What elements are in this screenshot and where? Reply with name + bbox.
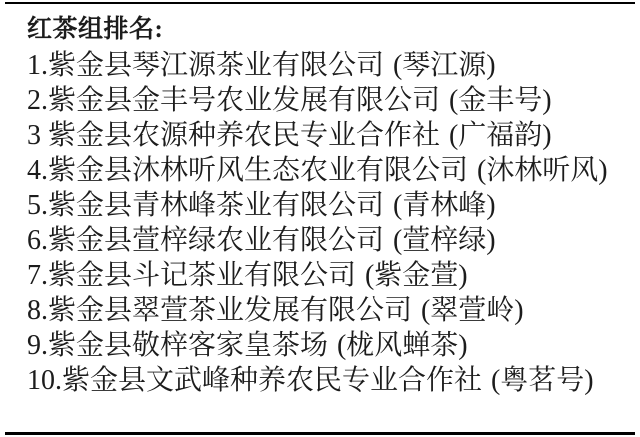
company-name: 紫金县农源种养农民专业合作社 [48,120,440,151]
ranking-row: 10.紫金县文武峰种养农民专业合作社(粤茗号) [27,363,634,398]
ranking-row: 2.紫金县金丰号农业发展有限公司(金丰号) [27,83,634,118]
ranking-row: 5.紫金县青林峰茶业有限公司(青林峰) [27,188,634,223]
rank-number: 8. [27,295,48,326]
rank-number: 9. [27,330,48,361]
ranking-row: 4.紫金县沐林听风生态农业有限公司(沐林听风) [27,153,634,188]
ranking-row: 1.紫金县琴江源茶业有限公司(琴江源) [27,48,634,83]
brand-name: (萱梓绿) [393,225,496,256]
brand-name: (翠萱岭) [421,295,524,326]
ranking-row: 3 紫金县农源种养农民专业合作社(广福韵) [27,118,634,153]
brand-name: (金丰号) [449,85,552,116]
bottom-divider [5,432,635,435]
ranking-list: 红茶组排名: 1.紫金县琴江源茶业有限公司(琴江源) 2.紫金县金丰号农业发展有… [27,11,634,398]
brand-name: (紫金萱) [365,260,468,291]
company-name: 紫金县萱梓绿农业有限公司 [48,225,384,256]
company-name: 紫金县沐林听风生态农业有限公司 [48,155,468,186]
ranking-row: 6.紫金县萱梓绿农业有限公司(萱梓绿) [27,223,634,258]
company-name: 紫金县翠萱茶业发展有限公司 [48,295,412,326]
company-name: 紫金县敬梓客家皇茶场 [48,330,328,361]
brand-name: (琴江源) [393,50,496,81]
document-page: 红茶组排名: 1.紫金县琴江源茶业有限公司(琴江源) 2.紫金县金丰号农业发展有… [0,0,640,437]
rank-number: 10. [27,365,62,396]
brand-name: (沐林听风) [477,155,608,186]
rank-number: 3 [27,120,48,151]
rank-number: 7. [27,260,48,291]
ranking-row: 8.紫金县翠萱茶业发展有限公司(翠萱岭) [27,293,634,328]
brand-name: (栊风蝉茶) [337,330,468,361]
company-name: 紫金县青林峰茶业有限公司 [48,190,384,221]
brand-name: (青林峰) [393,190,496,221]
rank-number: 1. [27,50,48,81]
ranking-row: 9.紫金县敬梓客家皇茶场(栊风蝉茶) [27,328,634,363]
company-name: 紫金县文武峰种养农民专业合作社 [62,365,482,396]
company-name: 紫金县琴江源茶业有限公司 [48,50,384,81]
page-title: 红茶组排名: [27,11,634,48]
brand-name: (广福韵) [449,120,552,151]
rank-number: 5. [27,190,48,221]
brand-name: (粤茗号) [491,365,594,396]
rank-number: 6. [27,225,48,256]
ranking-row: 7.紫金县斗记茶业有限公司(紫金萱) [27,258,634,293]
rank-number: 4. [27,155,48,186]
top-divider [5,2,635,4]
company-name: 紫金县斗记茶业有限公司 [48,260,356,291]
rank-number: 2. [27,85,48,116]
company-name: 紫金县金丰号农业发展有限公司 [48,85,440,116]
